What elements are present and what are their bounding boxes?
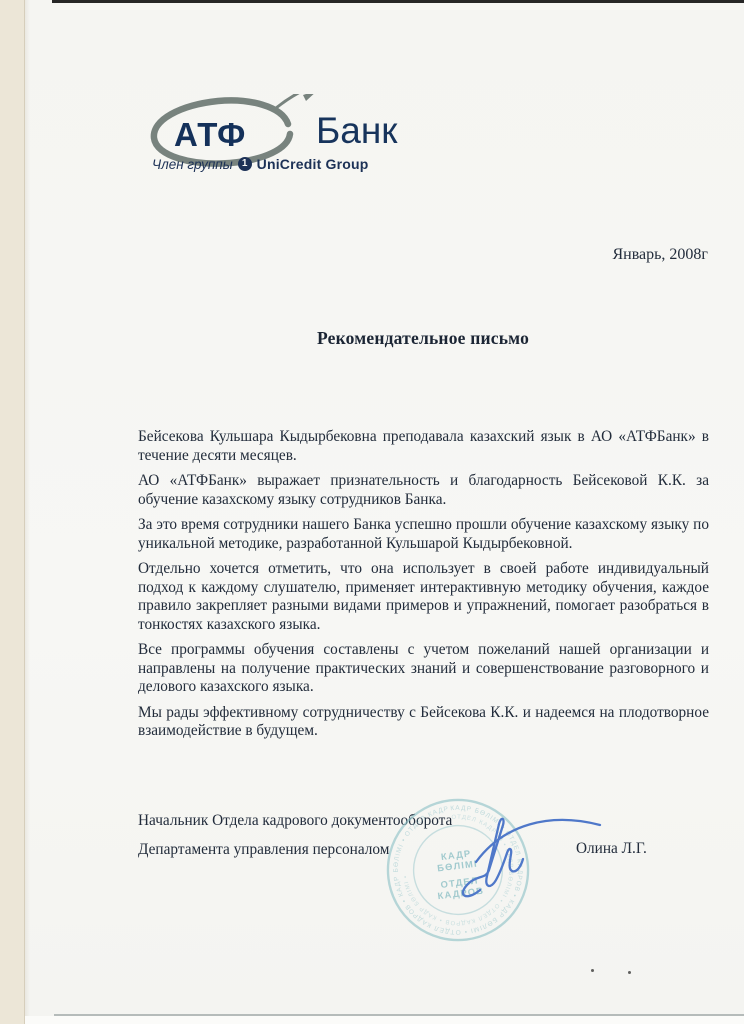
- tagline-group-name: UniCredit Group: [257, 156, 369, 172]
- tagline-prefix: Член группы: [152, 157, 233, 172]
- paragraph: Все программы обучения составлены с учет…: [138, 641, 709, 697]
- unicredit-sphere-icon: 1: [238, 157, 252, 171]
- scan-left-shadow: [24, 0, 30, 1024]
- paragraph: Мы рады эффективному сотрудничеству с Бе…: [138, 704, 709, 741]
- bank-logo: АТФ Банк Член группы 1 UniCredit Group: [148, 94, 468, 180]
- logo-atf-text: АТФ: [174, 116, 246, 154]
- scan-left-margin-strip: [0, 0, 25, 1024]
- document-title: Рекомендательное письмо: [138, 328, 708, 349]
- logo-bank-text: Банк: [316, 110, 397, 152]
- document-date: Январь, 2008г: [138, 246, 708, 264]
- logo-tagline: Член группы 1 UniCredit Group: [152, 156, 369, 172]
- paragraph: АО «АТФБанк» выражает признательность и …: [138, 472, 709, 509]
- letter-body: Бейсекова Кульшара Кыдырбековна преподав…: [138, 428, 709, 748]
- scan-bottom-edge-area: [25, 1016, 744, 1024]
- paragraph: Отдельно хочется отметить, что она испол…: [138, 560, 709, 634]
- scan-speck: [628, 971, 631, 974]
- scan-top-edge: [52, 0, 744, 3]
- scanned-letter-page: АТФ Банк Член группы 1 UniCredit Group Я…: [0, 0, 744, 1024]
- handwritten-signature: [452, 798, 607, 913]
- paragraph: За это время сотрудники нашего Банка усп…: [138, 516, 709, 553]
- paragraph: Бейсекова Кульшара Кыдырбековна преподав…: [138, 428, 709, 465]
- scan-speck: [591, 969, 594, 972]
